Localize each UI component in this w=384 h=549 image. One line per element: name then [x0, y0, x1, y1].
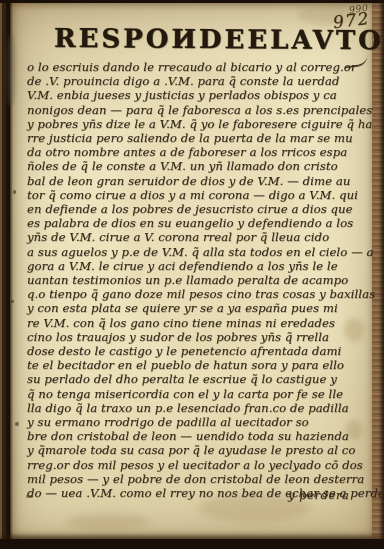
manuscript-line: re V.M. con q̃ los gano cino tiene minas…	[27, 316, 367, 330]
manuscript-line: gora a V.M. le cirue y aci defendiendo a…	[27, 259, 367, 273]
manuscript-line: y pobres yn̄s dize le a V.M. q̃ yo le fa…	[27, 117, 367, 131]
manuscript-line: tor q̃ como cirue a dios y a mi corona —…	[27, 188, 367, 202]
manuscript-line: rreg.or dos mil pesos y el uecitador a l…	[27, 458, 367, 472]
manuscript-line: V.M. enbia jueses y justicias y perlados…	[27, 88, 367, 102]
catchword: y perdera	[288, 488, 349, 502]
manuscript-line: te el becitador en el pueblo de hatun so…	[27, 358, 367, 372]
top-edge-shadow	[0, 0, 384, 3]
manuscript-line: cino los trauajos y sudor de los pobres …	[27, 330, 367, 344]
manuscript-line: mil pesos — y el pobre de don cristobal …	[27, 472, 367, 486]
manuscript-line: lla digo q̃ la traxo un p.e lesenciado f…	[27, 401, 367, 415]
page-heading: RESPOИDEELAVTOR	[54, 24, 374, 56]
manuscript-line: bre don cristobal de leon — uendido toda…	[27, 429, 367, 443]
manuscript-line: ñoles de q̃ le conste a V.M. un yn̄ llam…	[27, 159, 367, 173]
manuscript-line: uantan testimonios un p.e llamado peralt…	[27, 273, 367, 287]
manuscript-line: a sus aguelos y p.e de V.M. q̃ alla sta …	[27, 245, 367, 259]
manuscript-line: bal de leon gran seruidor de dios y de V…	[27, 174, 367, 188]
manuscript-line: da otro nombre antes a de faboreser a lo…	[27, 145, 367, 159]
manuscript-line: y su ermano rrodrigo de padilla al uecit…	[27, 415, 367, 429]
manuscript-line: y con esta plata se quiere yr se a ya es…	[27, 301, 367, 315]
manuscript-line: de .V. prouincia digo a .V.M. para q̃ co…	[27, 74, 367, 88]
manuscript-line: y q̃marole toda su casa por q̃ le ayudas…	[27, 443, 367, 457]
manuscript-scan: 990 972 RESPOИDEELAVTOR o lo escriuis da…	[0, 0, 384, 549]
binding-crease	[9, 0, 13, 549]
manuscript-line: nonigos dean — para q̃ le faboresca a lo…	[27, 103, 367, 117]
manuscript-line: en defiende a los pobres de jesucristo c…	[27, 202, 367, 216]
manuscript-text-block: o lo escriuis dando le rrecaudo al bicar…	[27, 60, 367, 500]
manuscript-line: yn̄s de V.M. cirue a V. corona rreal por…	[27, 230, 367, 244]
manuscript-line: q̃ no tenga misericordia con el y la car…	[27, 387, 367, 401]
manuscript-line: dose desto le castigo y le penetencio af…	[27, 344, 367, 358]
manuscript-line: es palabra de dios en su euangelio y def…	[27, 216, 367, 230]
manuscript-line: su perlado del dho peralta le escriue q̃…	[27, 372, 367, 386]
page-block-fore-edge	[372, 3, 384, 541]
bottom-edge-shadow	[0, 539, 384, 549]
manuscript-line: q.o tienpo q̃ gano doze mil pesos cino t…	[27, 287, 367, 301]
manuscript-line: o lo escriuis dando le rrecaudo al bicar…	[27, 60, 367, 74]
manuscript-line: rre justicia pero saliendo de la puerta …	[27, 131, 367, 145]
